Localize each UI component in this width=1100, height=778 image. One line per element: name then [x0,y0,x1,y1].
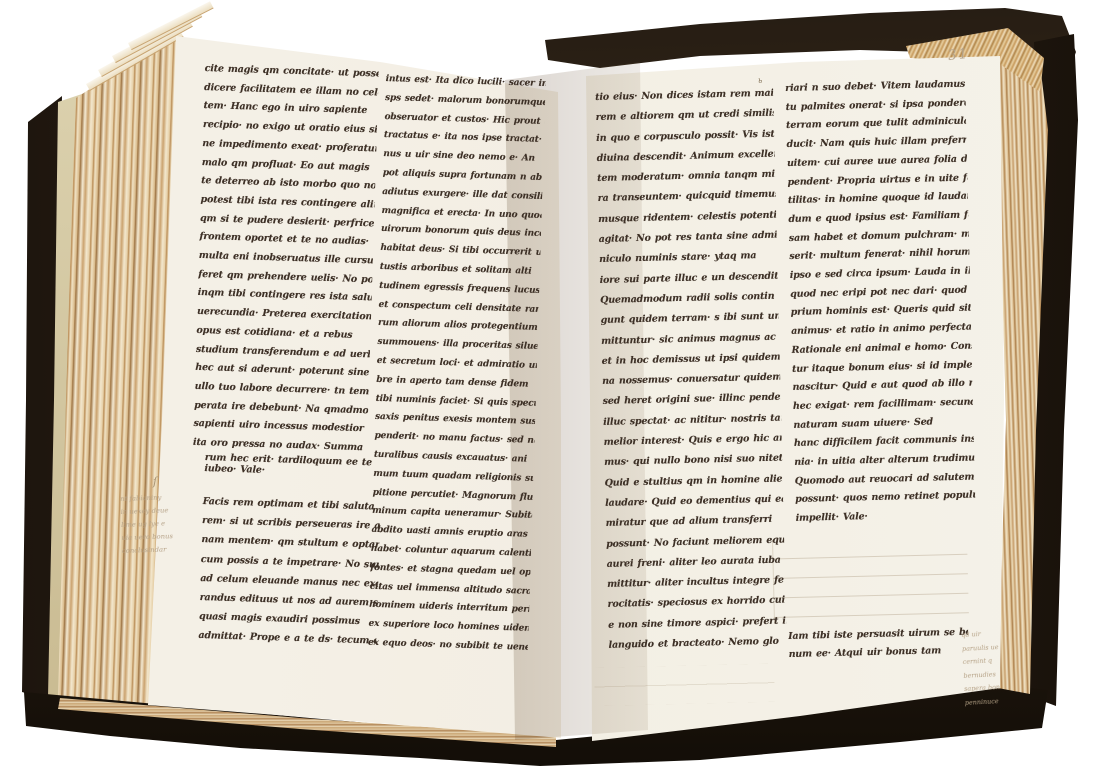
text-column-4: riari n suo debet· Vitem laudamus si fru… [785,76,976,532]
text-column-1-epistle-40: cite magis qm concitate· ut possesdicere… [193,60,379,460]
manuscript-text-line: languido et bracteato· Nemo glo [608,632,786,657]
manuscript-text-line: impellit· Vale· [796,506,976,529]
ruling-lines-blank-area [594,664,775,706]
ruling-lines-blank-area [772,535,969,624]
marginal-note-left-faded: nt fabianinyin uexey deuelime ug lye eui… [120,490,196,558]
manuscript-text-line: num ee· Atqui uir bonus tam [788,642,968,664]
folio-number: 31 [947,46,970,64]
marginal-note-right-faded: qd uirparuulis uecernint qbernudiessaper… [961,626,1023,710]
text-column-1-epistle-41-start: Facis rem optimam et tibi salutarem· si … [198,492,381,654]
manuscript-text-line: conclusindar [122,542,196,558]
margin-mark-left: ſ [153,475,157,488]
manuscript-text-line: ex equo deos· no subibit te uenera [368,634,529,658]
photo-open-manuscript-codex: cite magis qm concitate· ut possesdicere… [0,0,1100,778]
text-column-2: intus est· Ita dico lucili· sacer intra … [368,70,546,661]
text-column-4-next-letter: Iam tibi iste persuasit uirum se bonum e… [788,624,969,668]
quire-mark: ь [758,76,762,85]
text-column-3: tio eius· Non dices istam rem maiorem e … [595,84,787,658]
